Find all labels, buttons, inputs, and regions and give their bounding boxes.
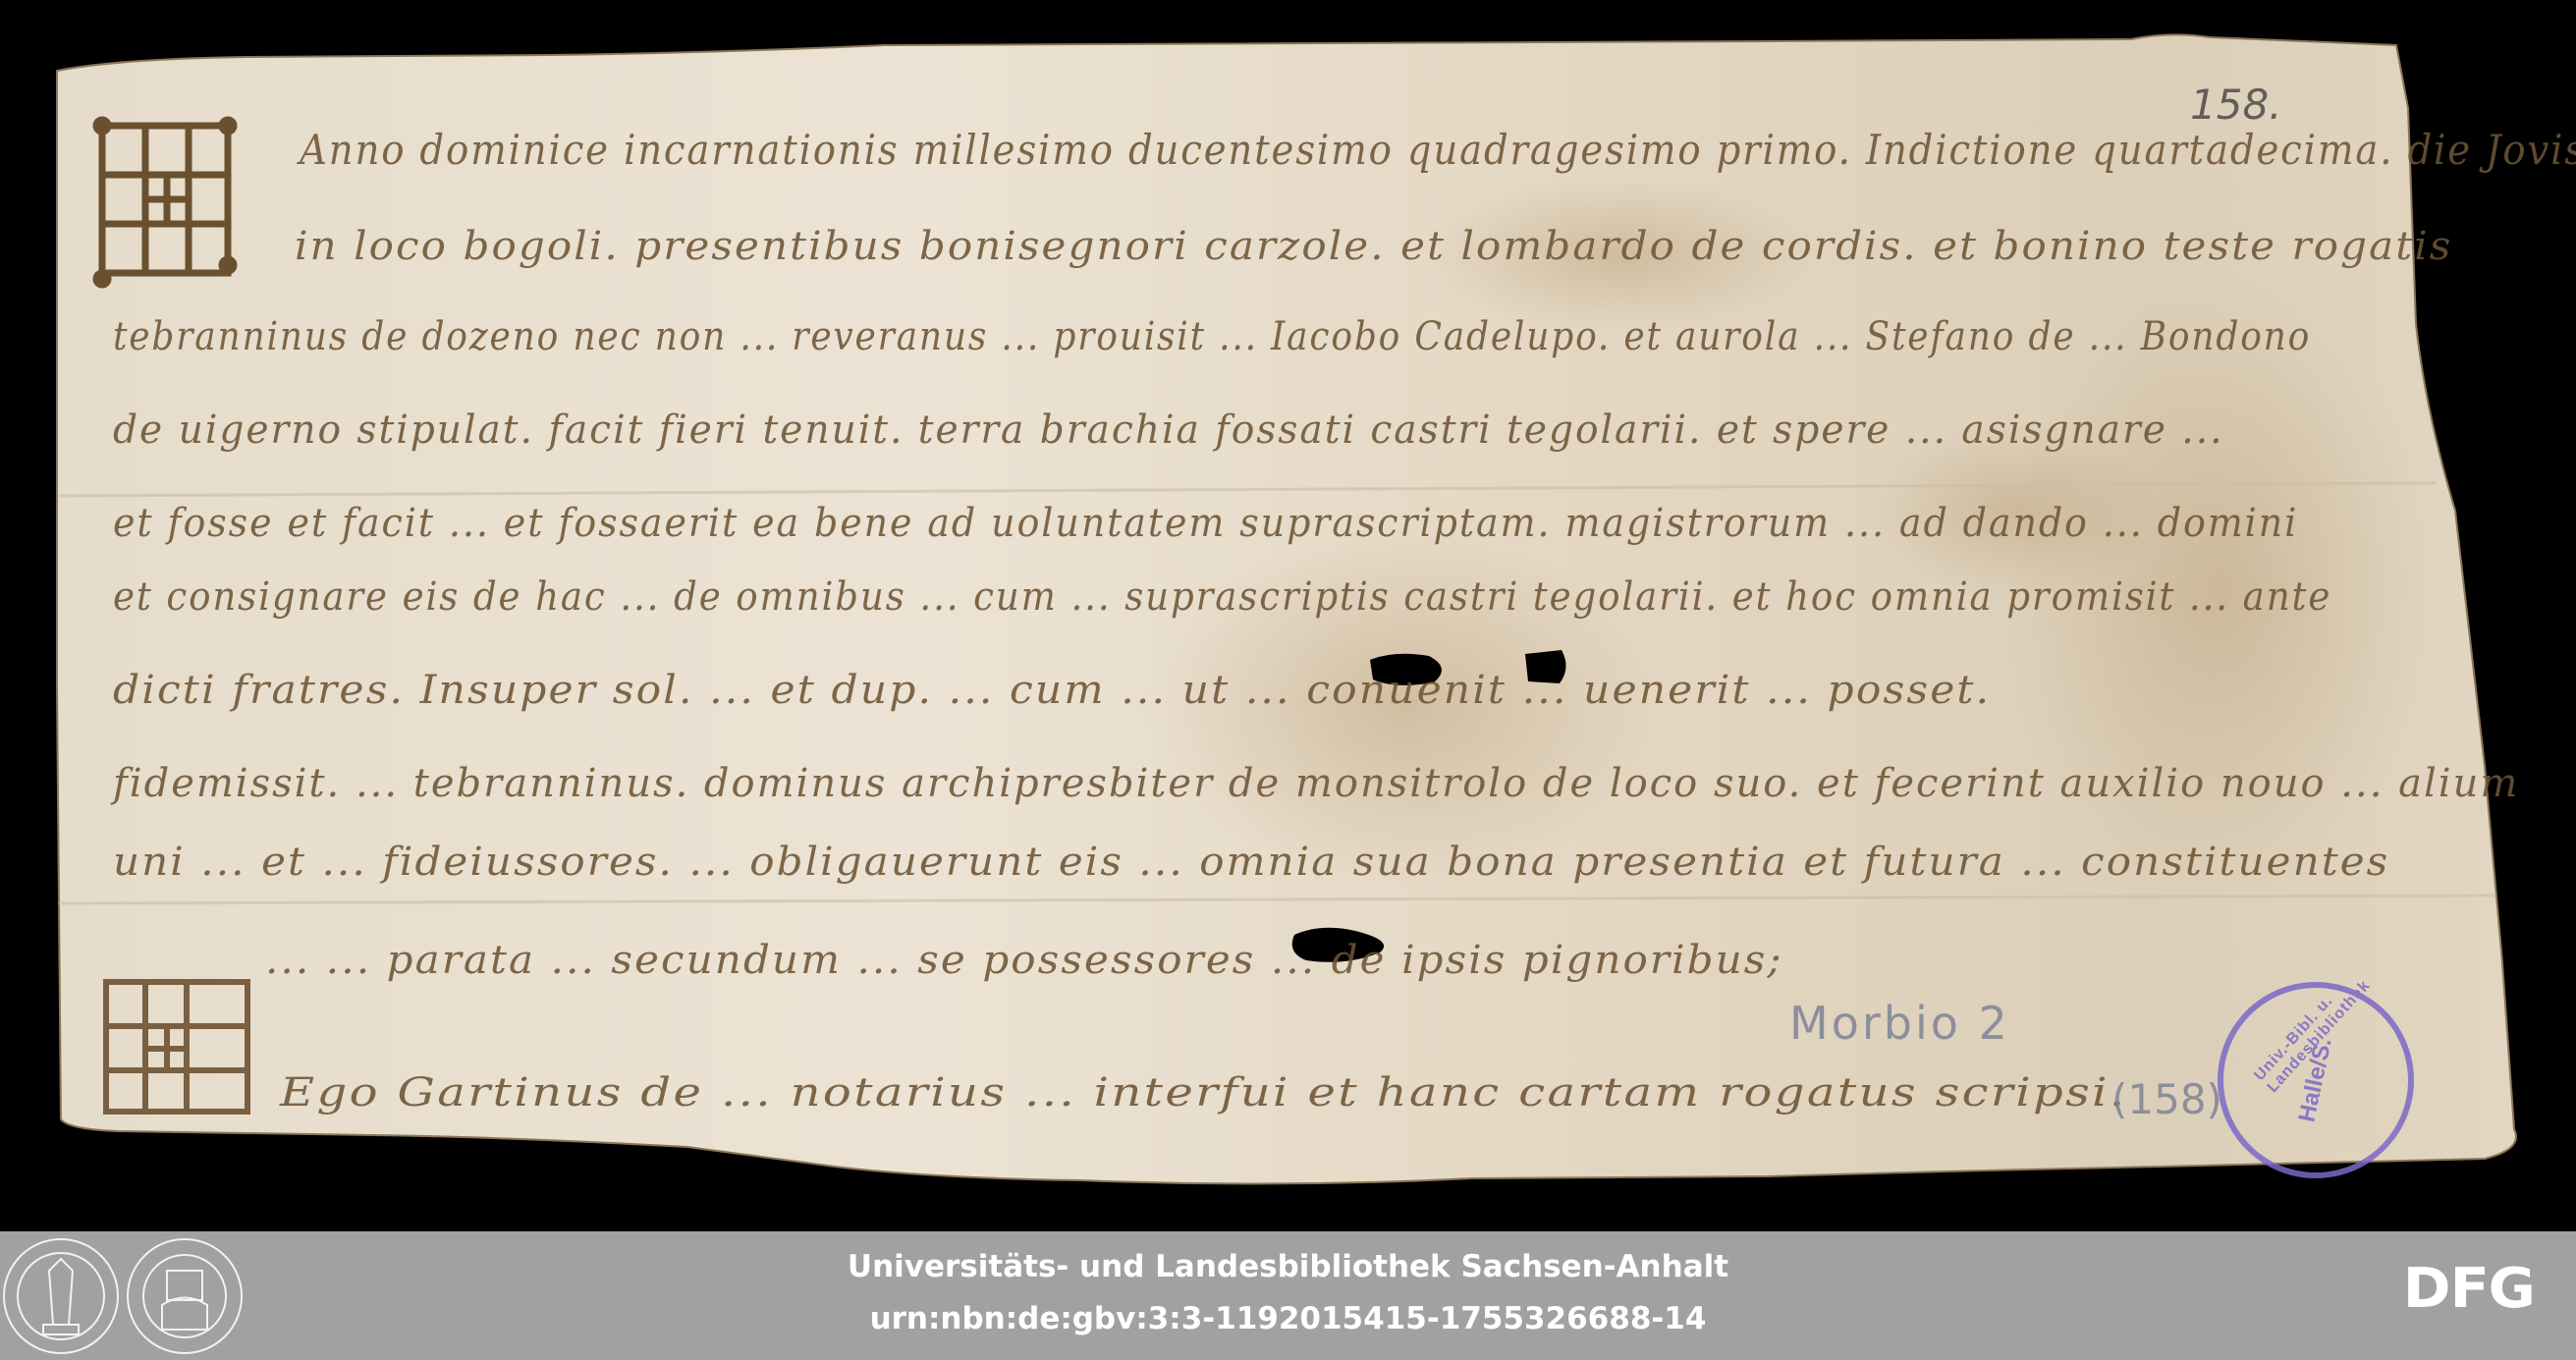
parchment	[0, 0, 2576, 1231]
document-viewer: Anno dominice incarnationis millesimo du…	[0, 0, 2576, 1231]
parchment-hole	[1370, 654, 1442, 685]
institution-name: Universitäts- und Landesbibliothek Sachs…	[0, 1249, 2576, 1284]
parchment-hole	[1525, 650, 1566, 683]
dfg-logo: DFG	[2403, 1262, 2535, 1317]
urn-identifier[interactable]: urn:nbn:de:gbv:3:3-1192015415-1755326688…	[0, 1301, 2576, 1336]
